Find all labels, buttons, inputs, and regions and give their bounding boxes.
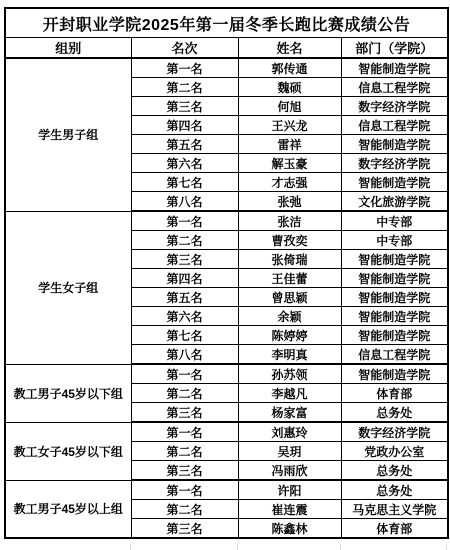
rank-cell: 第二名 (131, 500, 238, 519)
group-cell: 教工男子45岁以下组 (5, 364, 131, 422)
rank-cell: 第一名 (131, 480, 238, 500)
table-row: 学生男子组 第一名 郭传通 智能制造学院 (5, 58, 448, 78)
name-cell: 许阳 (238, 480, 341, 500)
rank-cell: 第五名 (131, 288, 238, 307)
dept-cell: 马克思主义学院 (341, 500, 448, 519)
dept-cell: 体育部 (341, 384, 448, 403)
rank-cell: 第二名 (131, 442, 238, 461)
rank-cell: 第三名 (131, 519, 238, 539)
name-cell: 何旭 (238, 97, 341, 116)
dept-cell: 智能制造学院 (341, 288, 448, 307)
column-header-rank: 名次 (131, 38, 238, 59)
dept-cell: 智能制造学院 (341, 58, 448, 78)
table-row: 教工男子45岁以上组 第一名 许阳 总务处 (5, 480, 448, 500)
name-cell: 冯雨欣 (238, 461, 341, 481)
rank-cell: 第二名 (131, 231, 238, 250)
name-cell: 王佳蕾 (238, 269, 341, 288)
rank-cell: 第六名 (131, 307, 238, 326)
dept-cell: 党政办公室 (341, 442, 448, 461)
rank-cell: 第二名 (131, 78, 238, 97)
column-header-department: 部门（学院） (341, 38, 448, 59)
rank-cell: 第一名 (131, 58, 238, 78)
table-row: 学生女子组 第一名 张洁 中专部 (5, 211, 448, 231)
dept-cell: 总务处 (341, 480, 448, 500)
rank-cell: 第七名 (131, 326, 238, 345)
rank-cell: 第三名 (131, 250, 238, 269)
name-cell: 吴玥 (238, 442, 341, 461)
dept-cell: 信息工程学院 (341, 345, 448, 365)
name-cell: 解玉豪 (238, 154, 341, 173)
rank-cell: 第三名 (131, 461, 238, 481)
column-header-group: 组别 (5, 38, 131, 59)
name-cell: 李越凡 (238, 384, 341, 403)
dept-cell: 智能制造学院 (341, 135, 448, 154)
dept-cell: 文化旅游学院 (341, 192, 448, 212)
rank-cell: 第八名 (131, 345, 238, 365)
dept-cell: 中专部 (341, 231, 448, 250)
name-cell: 崔连震 (238, 500, 341, 519)
rank-cell: 第一名 (131, 364, 238, 384)
name-cell: 杨家富 (238, 403, 341, 423)
group-cell: 学生男子组 (5, 58, 131, 211)
name-cell: 张洁 (238, 211, 341, 231)
results-table: 开封职业学院2025年第一届冬季长跑比赛成绩公告 组别 名次 姓名 部门（学院）… (4, 7, 449, 539)
header-row: 组别 名次 姓名 部门（学院） (5, 38, 448, 59)
name-cell: 张倚瑞 (238, 250, 341, 269)
title-row: 开封职业学院2025年第一届冬季长跑比赛成绩公告 (5, 8, 448, 38)
gridline-stub (130, 545, 131, 550)
column-header-name: 姓名 (238, 38, 341, 59)
rank-cell: 第三名 (131, 403, 238, 423)
dept-cell: 智能制造学院 (341, 326, 448, 345)
name-cell: 才志强 (238, 173, 341, 192)
rank-cell: 第一名 (131, 211, 238, 231)
dept-cell: 智能制造学院 (341, 307, 448, 326)
announcement-page: 开封职业学院2025年第一届冬季长跑比赛成绩公告 组别 名次 姓名 部门（学院）… (0, 0, 450, 550)
rank-cell: 第四名 (131, 116, 238, 135)
dept-cell: 智能制造学院 (341, 250, 448, 269)
gridline-stub (237, 545, 238, 550)
name-cell: 张弛 (238, 192, 341, 212)
name-cell: 孙苏领 (238, 364, 341, 384)
name-cell: 陈婷婷 (238, 326, 341, 345)
name-cell: 李明真 (238, 345, 341, 365)
rank-cell: 第二名 (131, 384, 238, 403)
dept-cell: 总务处 (341, 403, 448, 423)
name-cell: 曹孜奕 (238, 231, 341, 250)
rank-cell: 第四名 (131, 269, 238, 288)
dept-cell: 信息工程学院 (341, 78, 448, 97)
dept-cell: 信息工程学院 (341, 116, 448, 135)
name-cell: 余颖 (238, 307, 341, 326)
name-cell: 郭传通 (238, 58, 341, 78)
dept-cell: 体育部 (341, 519, 448, 539)
rank-cell: 第一名 (131, 422, 238, 442)
table-row: 教工女子45岁以下组 第一名 刘惠玲 数字经济学院 (5, 422, 448, 442)
name-cell: 王兴龙 (238, 116, 341, 135)
rank-cell: 第三名 (131, 97, 238, 116)
rank-cell: 第五名 (131, 135, 238, 154)
page-title: 开封职业学院2025年第一届冬季长跑比赛成绩公告 (5, 8, 448, 38)
rank-cell: 第六名 (131, 154, 238, 173)
name-cell: 曾思颖 (238, 288, 341, 307)
dept-cell: 中专部 (341, 211, 448, 231)
dept-cell: 总务处 (341, 461, 448, 481)
dept-cell: 数字经济学院 (341, 422, 448, 442)
group-cell: 学生女子组 (5, 211, 131, 364)
name-cell: 雷祥 (238, 135, 341, 154)
dept-cell: 智能制造学院 (341, 173, 448, 192)
name-cell: 陈鑫林 (238, 519, 341, 539)
name-cell: 刘惠玲 (238, 422, 341, 442)
results-table-body: 学生男子组 第一名 郭传通 智能制造学院 第二名 魏硕 信息工程学院 第三名 何… (5, 58, 448, 538)
dept-cell: 智能制造学院 (341, 364, 448, 384)
rank-cell: 第八名 (131, 192, 238, 212)
table-row: 教工男子45岁以下组 第一名 孙苏领 智能制造学院 (5, 364, 448, 384)
gridline-stub (446, 545, 447, 550)
gridline-stub (340, 545, 341, 550)
dept-cell: 数字经济学院 (341, 154, 448, 173)
group-cell: 教工女子45岁以下组 (5, 422, 131, 480)
dept-cell: 智能制造学院 (341, 269, 448, 288)
name-cell: 魏硕 (238, 78, 341, 97)
group-cell: 教工男子45岁以上组 (5, 480, 131, 538)
dept-cell: 数字经济学院 (341, 97, 448, 116)
rank-cell: 第七名 (131, 173, 238, 192)
